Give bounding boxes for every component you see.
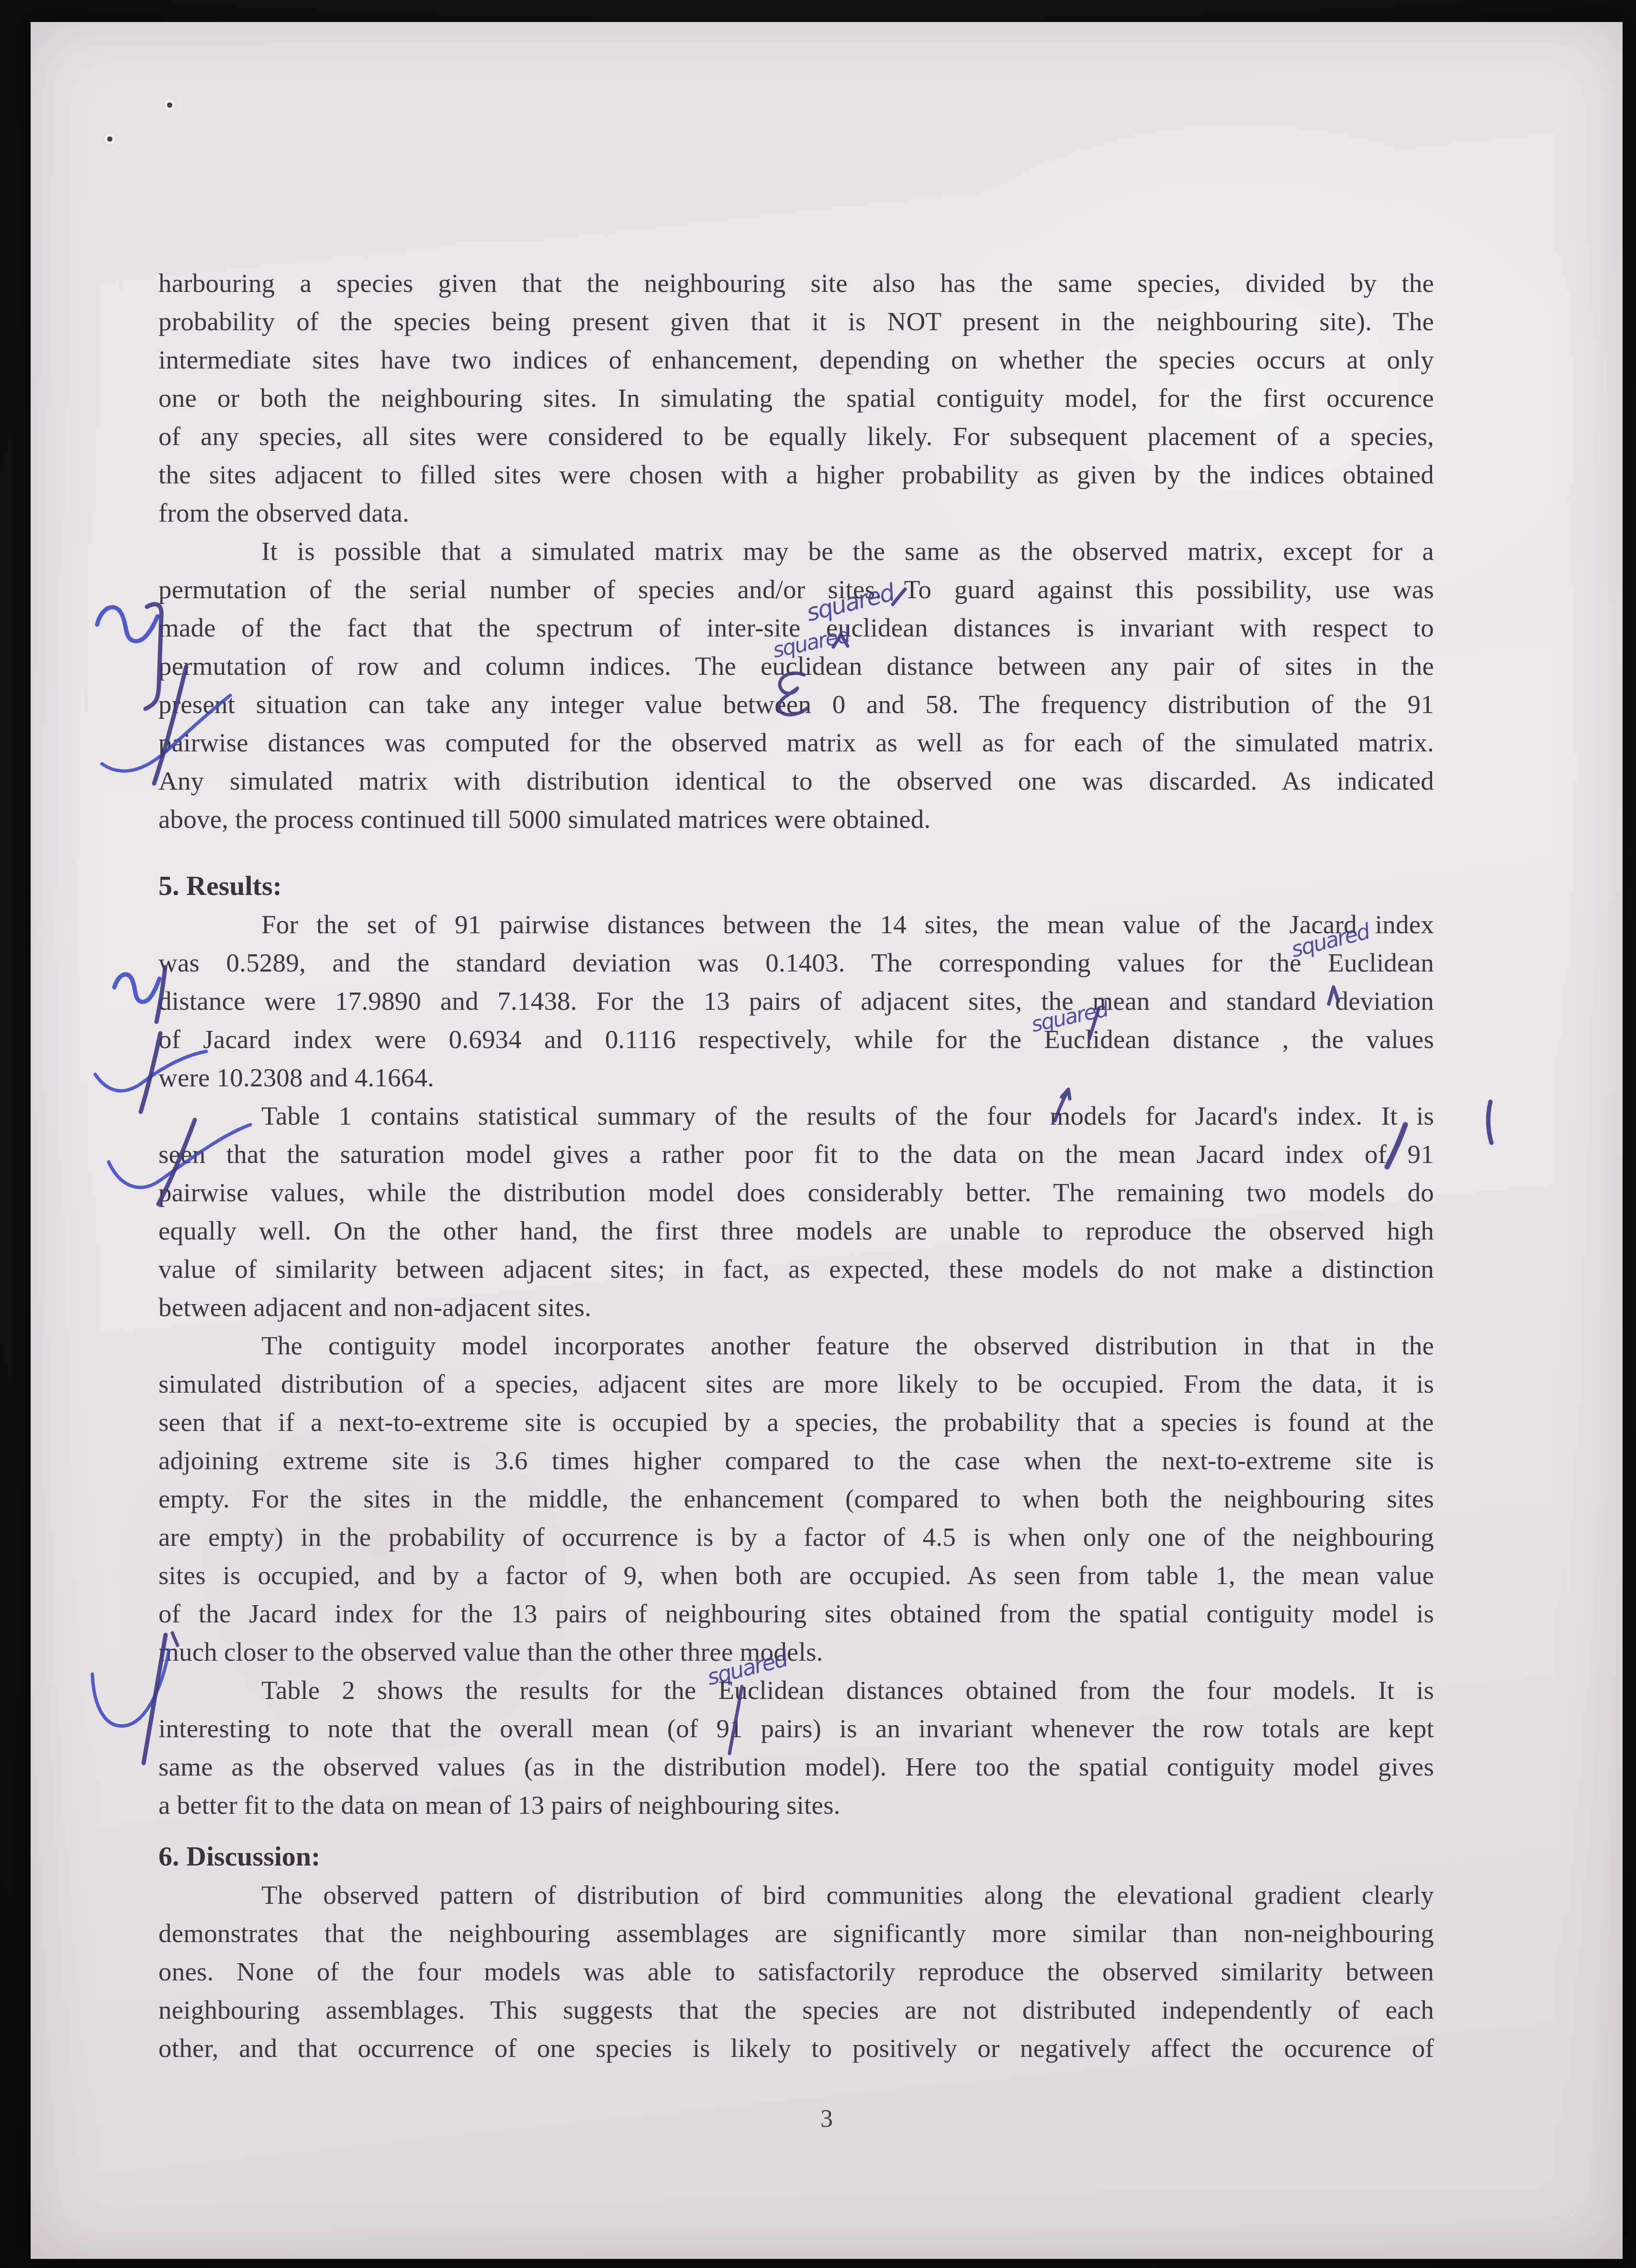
text-line: simulated distribution of a species, adj…: [158, 1365, 1434, 1403]
text-line: probability of the species being present…: [158, 302, 1434, 341]
text-line: other, and that occurrence of one specie…: [158, 2029, 1434, 2067]
text-line: neighbouring assemblages. This suggests …: [158, 1991, 1434, 2029]
text-line: permutation of row and column indices. T…: [158, 647, 1434, 685]
text-line: For the set of 91 pairwise distances bet…: [158, 905, 1434, 944]
text-line: one or both the neighbouring sites. In s…: [158, 379, 1434, 417]
text-line: equally well. On the other hand, the fir…: [158, 1212, 1434, 1250]
text-line: It is possible that a simulated matrix m…: [158, 532, 1434, 570]
text-line: a better fit to the data on mean of 13 p…: [158, 1786, 1434, 1824]
text-line: empty. For the sites in the middle, the …: [158, 1480, 1434, 1518]
paragraph: The contiguity model incorporates anothe…: [158, 1327, 1434, 1671]
text-line: of any species, all sites were considere…: [158, 417, 1434, 456]
text-line: made of the fact that the spectrum of in…: [158, 609, 1434, 647]
text-line: adjoining extreme site is 3.6 times high…: [158, 1441, 1434, 1480]
paragraph: The observed pattern of distribution of …: [158, 1876, 1434, 2067]
text-line: interesting to note that the overall mea…: [158, 1709, 1434, 1748]
paragraph: Table 1 contains statistical summary of …: [158, 1097, 1434, 1327]
text-line: present situation can take any integer v…: [158, 685, 1434, 724]
section: harbouring a species given that the neig…: [158, 264, 1434, 838]
text-line: The observed pattern of distribution of …: [158, 1876, 1434, 1914]
pinhole-icon: [167, 102, 172, 108]
text-line: permutation of the serial number of spec…: [158, 570, 1434, 609]
text-line: pairwise values, while the distribution …: [158, 1173, 1434, 1212]
text-line: ones. None of the four models was able t…: [158, 1953, 1434, 1991]
text-line: value of similarity between adjacent sit…: [158, 1250, 1434, 1288]
text-line: sites is occupied, and by a factor of 9,…: [158, 1556, 1434, 1595]
text-line: much closer to the observed value than t…: [158, 1633, 1434, 1671]
text-line: demonstrates that the neighbouring assem…: [158, 1914, 1434, 1953]
text-line: between adjacent and non-adjacent sites.: [158, 1288, 1434, 1327]
paragraph: harbouring a species given that the neig…: [158, 264, 1434, 532]
text-line: seen that if a next-to-extreme site is o…: [158, 1403, 1434, 1441]
text-line: above, the process continued till 5000 s…: [158, 800, 1434, 838]
pinhole-icon: [107, 136, 112, 142]
section-heading: 6. Discussion:: [158, 1838, 1434, 1876]
scan-background: { "page": { "page_number": "3", "colors"…: [0, 0, 1636, 2268]
text-line: The contiguity model incorporates anothe…: [158, 1327, 1434, 1365]
text-line: intermediate sites have two indices of e…: [158, 341, 1434, 379]
paragraph: For the set of 91 pairwise distances bet…: [158, 905, 1434, 1097]
text-line: are empty) in the probability of occurre…: [158, 1518, 1434, 1556]
text-line: the sites adjacent to filled sites were …: [158, 456, 1434, 494]
section: 5. Results:For the set of 91 pairwise di…: [158, 867, 1434, 1824]
text-line: from the observed data.: [158, 494, 1434, 532]
page-number: 3: [31, 2105, 1623, 2143]
text-line: seen that the saturation model gives a r…: [158, 1135, 1434, 1173]
paragraph: Table 2 shows the results for the Euclid…: [158, 1671, 1434, 1824]
text-block: harbouring a species given that the neig…: [158, 264, 1434, 2067]
text-line: harbouring a species given that the neig…: [158, 264, 1434, 302]
section: 6. Discussion:The observed pattern of di…: [158, 1838, 1434, 2067]
text-line: Table 2 shows the results for the Euclid…: [158, 1671, 1434, 1709]
text-line: were 10.2308 and 4.1664.: [158, 1059, 1434, 1097]
text-line: distance were 17.9890 and 7.1438. For th…: [158, 982, 1434, 1020]
text-line: same as the observed values (as in the d…: [158, 1748, 1434, 1786]
text-line: was 0.5289, and the standard deviation w…: [158, 944, 1434, 982]
text-line: Any simulated matrix with distribution i…: [158, 762, 1434, 800]
section-heading: 5. Results:: [158, 867, 1434, 905]
text-line: pairwise distances was computed for the …: [158, 724, 1434, 762]
paragraph: It is possible that a simulated matrix m…: [158, 532, 1434, 838]
text-line: of the Jacard index for the 13 pairs of …: [158, 1595, 1434, 1633]
text-line: Table 1 contains statistical summary of …: [158, 1097, 1434, 1135]
text-line: of Jacard index were 0.6934 and 0.1116 r…: [158, 1020, 1434, 1059]
